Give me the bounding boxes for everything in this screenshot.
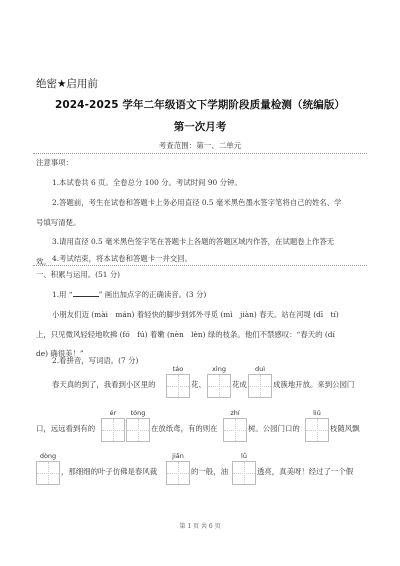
page-footer: 第 1 页 共 6 页 [0, 521, 400, 530]
answer-box-zhi[interactable] [223, 418, 247, 442]
q1-line-1: 小朋友们迈 (mài mán) 着轻快的脚步到郊外寻觅 (mì jiàn) 春天… [52, 309, 339, 320]
q2-row2-text-4: 枝随风飘 [330, 423, 360, 434]
pinyin-lu: lǜ [232, 452, 256, 460]
pinyin-er: ér [101, 409, 125, 417]
q2-row1-text-3: 花成 [232, 379, 247, 390]
pinyin-tong: tóng [126, 409, 150, 417]
q1-line-2: 上，只见微风轻轻地吹拂 (fó fú) 着嫩 (nèn lèn) 绿的枝条。他们… [36, 329, 335, 340]
pinyin-dong: dòng [36, 452, 60, 460]
answer-box-tao[interactable] [166, 374, 190, 398]
answer-box-liu[interactable] [305, 418, 329, 442]
q2-row2-text-2: 在放纸鸢，有的则在 [151, 423, 218, 434]
note-item-2: 2.答题前，考生在试卷和答题卡上务必用直径 0.5 毫米黑色墨水签字笔将自己的姓… [52, 197, 342, 208]
answer-box-lu[interactable] [232, 461, 256, 485]
pinyin-zhi: zhí [223, 409, 247, 417]
exam-scope: 考查范围：第一、二单元 [0, 140, 400, 151]
q2-heading: 2.看拼音，写词语。(7 分) [52, 355, 138, 366]
exam-title: 2024-2025 学年二年级语文下学期阶段质量检测（统编版） [0, 97, 400, 112]
q1-prefix: 1.用 “ [52, 290, 73, 299]
exam-subtitle: 第一次月考 [0, 119, 400, 134]
q2-row3-text-3: 透亮，真美呀！经过了一个假 [257, 466, 353, 477]
answer-box-dong[interactable] [36, 461, 60, 485]
q2-row2-text-3: 树。公园门口的 [248, 423, 300, 434]
note-item-2-cont: 号填写清楚。 [36, 217, 80, 228]
notes-heading: 注意事项： [36, 157, 73, 168]
confidential-label: 绝密★启用前 [36, 76, 98, 91]
separator-top [33, 153, 367, 154]
q2-row3-text-2: 的一般，油 [191, 466, 228, 477]
answer-box-xing[interactable] [207, 374, 231, 398]
q1-instruction: 1.用 “” 画出加点字的正确读音。(3 分) [52, 289, 206, 300]
q2-row3-text-1: ，那细细的叶子仿佛是春风裁 [61, 466, 157, 477]
pinyin-liu: liǔ [305, 409, 329, 417]
q1-suffix: ” 画出加点字的正确读音。(3 分) [99, 290, 207, 299]
note-item-3: 3.请用直径 0.5 毫米黑色签字笔在答题卡上各题的答题区域内作答，在试题卷上作… [52, 236, 334, 247]
pinyin-xing: xìng [207, 365, 231, 373]
answer-box-dui[interactable] [248, 374, 272, 398]
note-item-4-text: 4.考试结束，将本试卷和答题卡一并交回。 [52, 253, 192, 264]
pinyin-dui: duì [248, 365, 272, 373]
underline-blank [73, 289, 99, 297]
pinyin-tao: táo [166, 365, 190, 373]
section1-heading: 一、积累与运用。(51 分) [36, 269, 120, 280]
q2-row1-text-4: 成簇地开放。来到公园门 [273, 379, 354, 390]
separator-section [33, 265, 367, 266]
answer-box-jian[interactable] [166, 461, 190, 485]
pinyin-jian: jiǎn [166, 452, 190, 460]
note-item-1: 1.本试卷共 6 页。全卷总分 100 分。考试时间 90 分钟。 [52, 177, 242, 188]
q2-row1-text-1: 春天真的到了，我看到小区里的 [52, 379, 155, 390]
answer-box-tong[interactable] [126, 418, 150, 442]
q2-row2-text-1: 口，远远看到有的 [36, 423, 95, 434]
q2-row1-text-2: 花、 [191, 379, 206, 390]
answer-box-er[interactable] [101, 418, 125, 442]
